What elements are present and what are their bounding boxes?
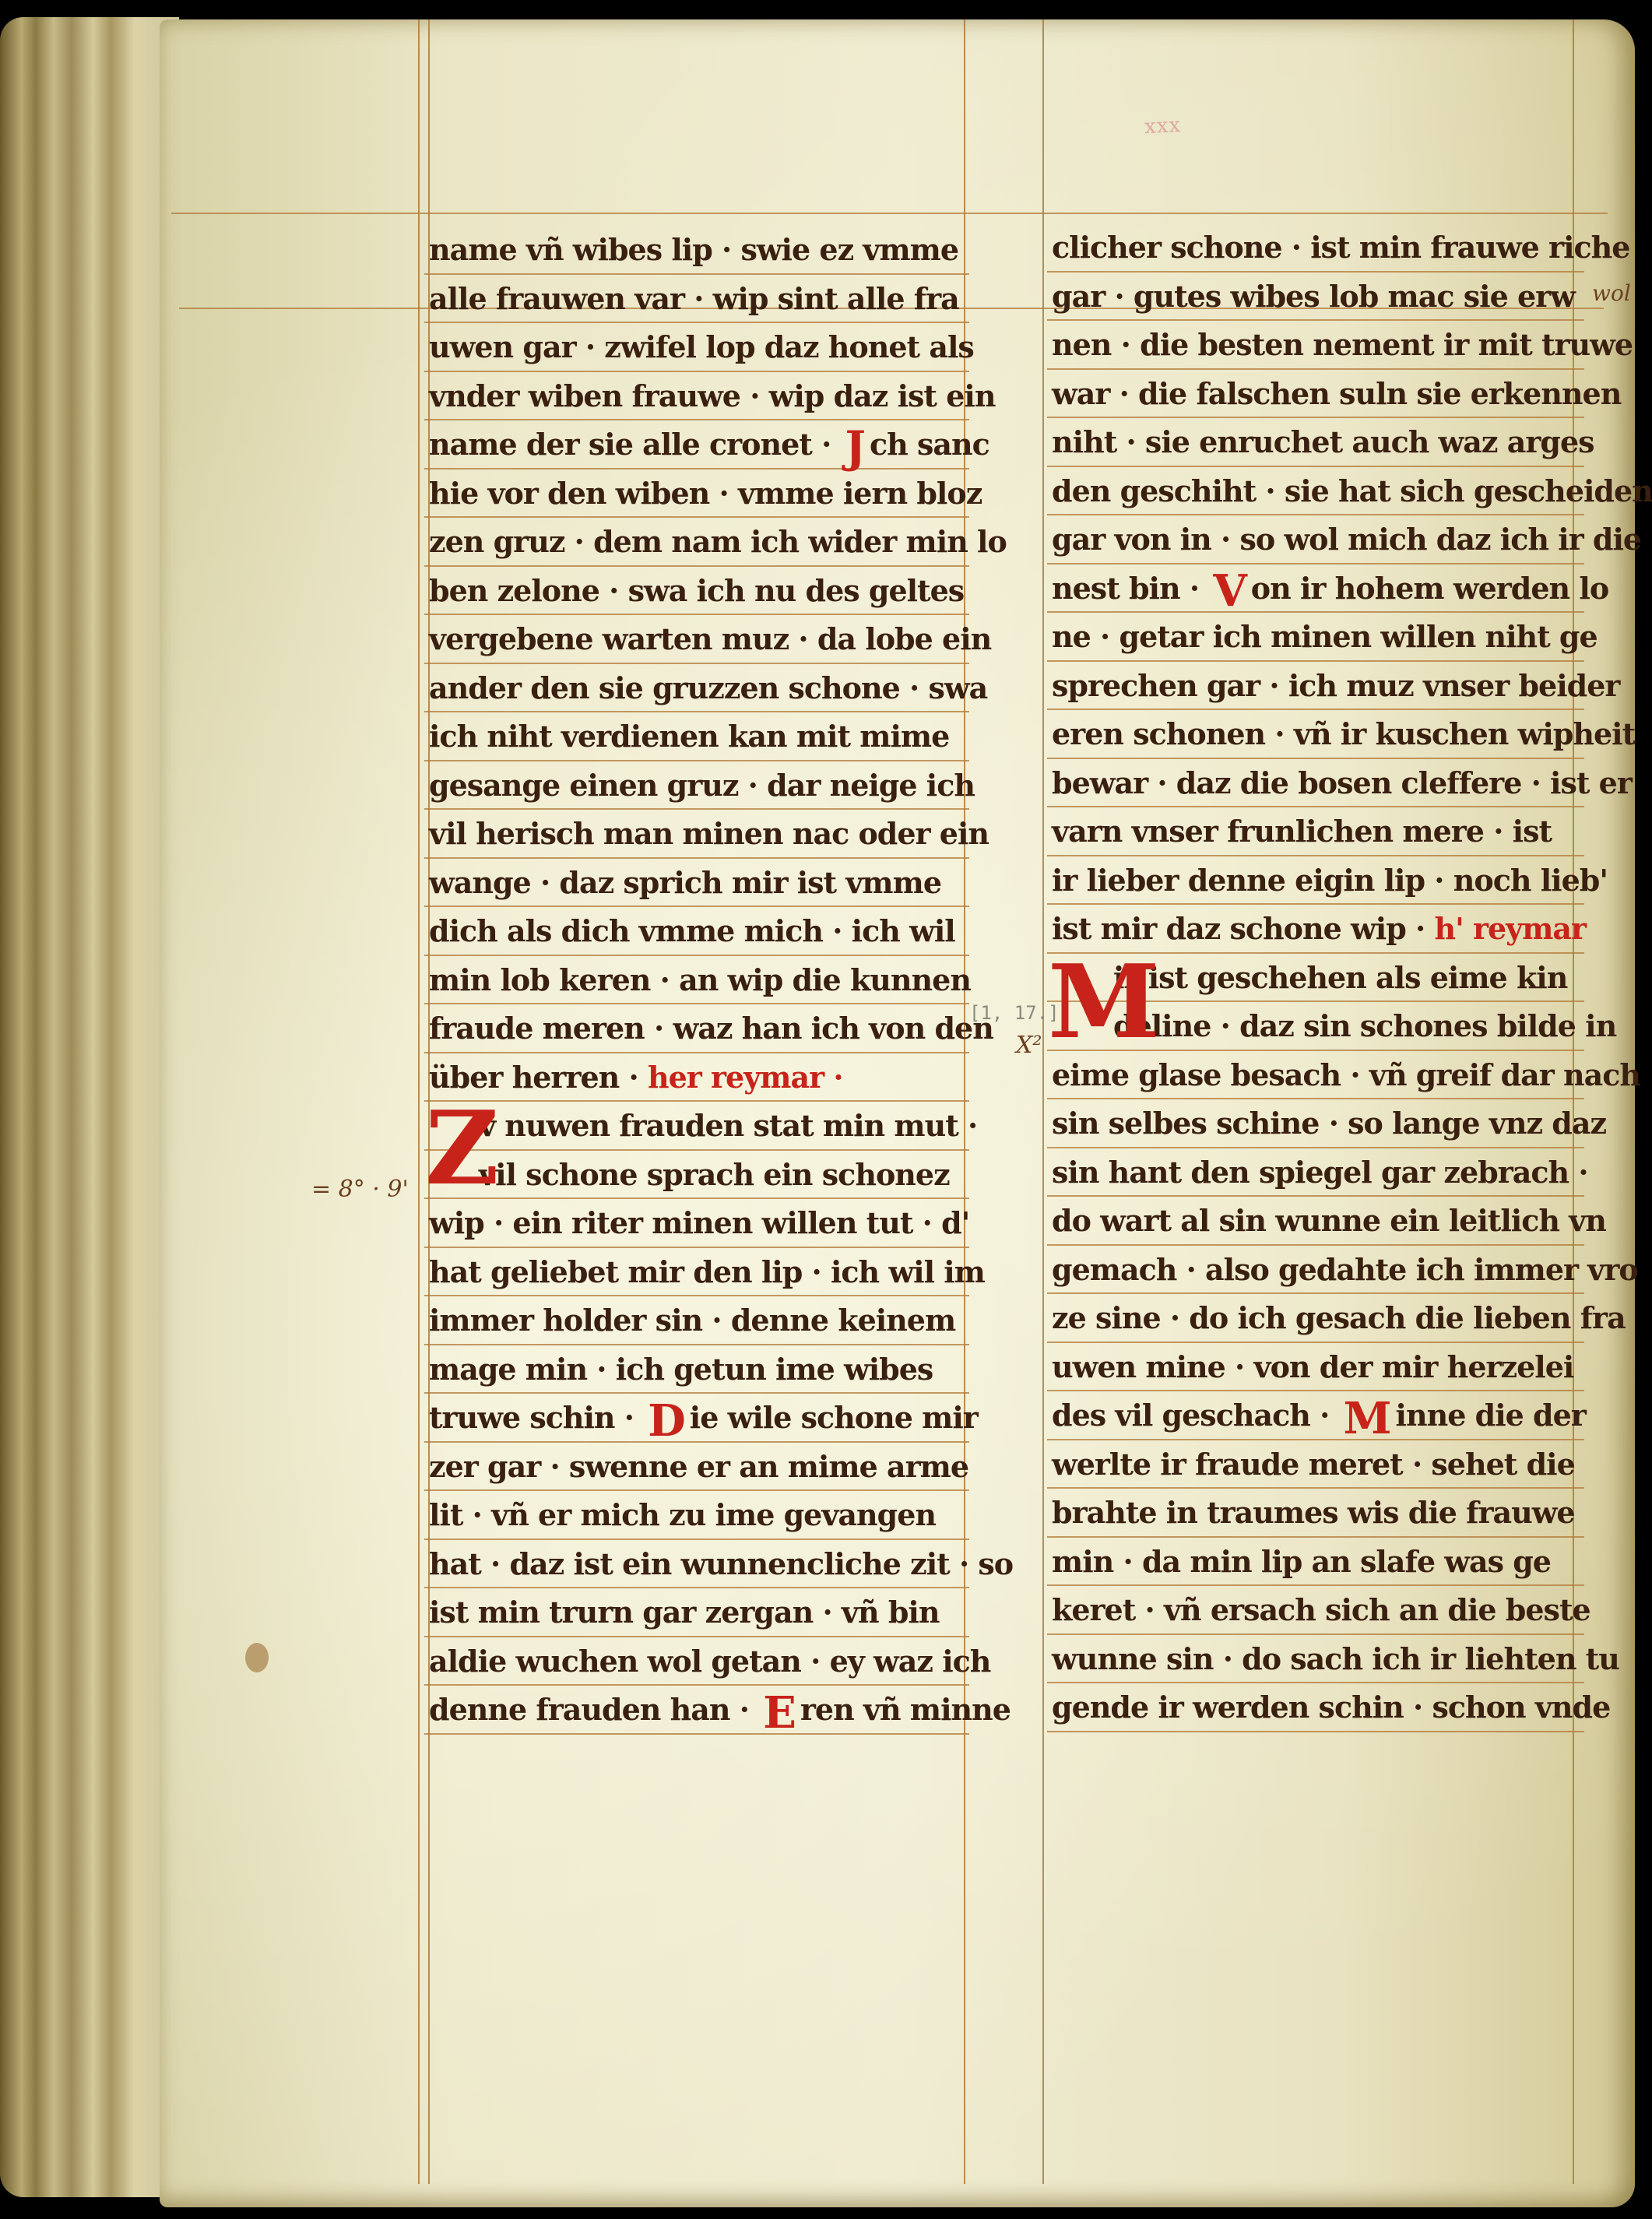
text-line: keret · vñ ersach sich an die beste [1047, 1586, 1584, 1635]
text-fragment: ist mir daz schone wip · [1052, 911, 1434, 946]
text-line: hat · daz ist ein wunnencliche zit · so [424, 1540, 969, 1589]
text-line: name der sie alle cronet · Jch sanc [424, 420, 969, 469]
text-line: nest bin · Von ir hohem werden lo [1047, 564, 1584, 614]
text-fragment: ie wile schone mir [690, 1400, 978, 1435]
text-line: lit · vñ er mich zu ime gevangen [424, 1491, 969, 1540]
text-fragment: name der sie alle cronet · [429, 427, 841, 462]
text-line: ich niht verdienen kan mit mime [424, 712, 969, 761]
text-fragment: des vil geschach · [1052, 1398, 1339, 1433]
ruling-mid-right [1042, 19, 1044, 2184]
rubric-initial-j: J [845, 428, 866, 467]
ruling-top-margin-1 [171, 213, 1608, 214]
text-line: über herren · her reymar · [424, 1053, 969, 1102]
rubric-initial-m-small: M [1344, 1399, 1391, 1438]
left-text-column: name vñ wibes lip · swie ez vmme alle fr… [424, 226, 969, 1735]
text-line: war · die falschen suln sie erkennen [1047, 370, 1584, 419]
manuscript-page: xxx name vñ wibes lip · swie ez vmme all… [160, 19, 1635, 2207]
text-line: ir lieber denne eigin lip · noch lieb' [1047, 856, 1584, 906]
text-line: uwen mine · von der mir herzelei [1047, 1343, 1584, 1392]
marginal-annotation-left: = 8° · 9' [311, 1176, 409, 1203]
text-line: mage min · ich getun ime wibes [424, 1345, 969, 1394]
text-line: gesange einen gruz · dar neige ich [424, 761, 969, 811]
text-fragment: ch sanc [870, 427, 989, 462]
text-fragment: inne die der [1396, 1398, 1586, 1433]
rubric-initial-m-large: M [1048, 959, 1160, 1045]
text-line: sin hant den spiegel gar zebrach · [1047, 1148, 1584, 1197]
text-line: des vil geschach · Minne die der [1047, 1391, 1584, 1440]
text-line: min · da min lip an slafe was ge [1047, 1538, 1584, 1587]
text-line: hat geliebet mir den lip · ich wil im [424, 1248, 969, 1297]
text-line: gende ir werden schin · schon vnde [1047, 1683, 1584, 1732]
text-line: do wart al sin wunne ein leitlich vn [1047, 1197, 1584, 1246]
rubric-author-her-reymar: her reymar · [648, 1060, 843, 1095]
folio-number: xxx [1144, 114, 1182, 139]
text-fragment: on ir hohem werden lo [1251, 571, 1608, 606]
text-line: zen gruz · dem nam ich wider min lo [424, 518, 969, 567]
text-line: niht · sie enruchet auch waz arges [1047, 418, 1584, 467]
text-line: vnder wiben frauwe · wip daz ist ein [424, 372, 969, 421]
text-line: varn vnser frunlichen mere · ist [1047, 807, 1584, 856]
text-line: gemach · also gedahte ich immer vro [1047, 1246, 1584, 1295]
text-line: hie vor den wiben · vmme iern bloz [424, 469, 969, 519]
margin-note-wol: wol [1592, 280, 1631, 306]
text-line: ander den sie gruzzen schone · swa [424, 664, 969, 713]
text-line: nen · die besten nement ir mit truwe [1047, 321, 1584, 370]
rubric-author-her-reymar: h' reymar [1434, 911, 1586, 946]
text-line: denne frauden han · Eren vñ minne [424, 1686, 969, 1735]
text-line: ist min trurn gar zergan · vñ bin [424, 1588, 969, 1637]
text-line: alle frauwen var · wip sint alle fra [424, 275, 969, 324]
text-line: brahte in traumes wis die frauwe [1047, 1489, 1584, 1538]
text-line: bewar · daz die bosen cleffere · ist er [1047, 759, 1584, 808]
rubric-initial-z-large: Z [425, 1106, 499, 1191]
text-line: wip · ein riter minen willen tut · d' [424, 1199, 969, 1248]
text-line: clicher schone · ist min frauwe riche [1047, 223, 1584, 273]
marginal-annotation-right: X² [1016, 1032, 1042, 1059]
text-line: zer gar · swenne er an mime arme [424, 1443, 969, 1492]
text-line: sprechen gar · ich muz vnser beider [1047, 662, 1584, 711]
text-line: fraude meren · waz han ich von den [424, 1004, 969, 1053]
text-line: sin selbes schine · so lange vnz daz [1047, 1099, 1584, 1148]
text-fragment: nest bin · [1052, 571, 1208, 606]
text-fragment: denne frauden han · [429, 1692, 758, 1727]
ruling-left-outer [418, 19, 420, 2184]
text-line: immer holder sin · denne keinem [424, 1296, 969, 1345]
rubric-initial-d: D [648, 1401, 685, 1440]
text-line: vergebene warten muz · da lobe ein [424, 615, 969, 664]
right-text-column: clicher schone · ist min frauwe riche ga… [1047, 223, 1584, 1732]
text-line: gar · gutes wibes lob mac sie erw [1047, 273, 1584, 322]
text-line: werlte ir fraude meret · sehet die [1047, 1440, 1584, 1489]
text-line: truwe schin · Die wile schone mir [424, 1394, 969, 1443]
text-line: aldie wuchen wol getan · ey waz ich [424, 1637, 969, 1686]
text-line: dich als dich vmme mich · ich wil [424, 907, 969, 956]
text-fragment: truwe schin · [429, 1400, 643, 1435]
text-line: vil herisch man minen nac oder ein [424, 810, 969, 859]
text-line: min lob keren · an wip die kunnen [424, 956, 969, 1005]
text-line: v nuwen frauden stat min mut · [424, 1102, 969, 1151]
page-edges-stack [0, 17, 179, 2197]
rubric-initial-e: E [763, 1693, 796, 1732]
text-line: name vñ wibes lip · swie ez vmme [424, 226, 969, 275]
text-line: wunne sin · do sach ich ir liehten tu [1047, 1635, 1584, 1684]
text-line: ben zelone · swa ich nu des geltes [424, 567, 969, 616]
text-line: gar von in · so wol mich daz ich ir die [1047, 515, 1584, 564]
pencil-annotation: [1, 17.] [969, 1002, 1060, 1024]
text-line: ne · getar ich minen willen niht ge [1047, 613, 1584, 662]
text-line: wange · daz sprich mir ist vmme [424, 859, 969, 908]
text-line: eren schonen · vñ ir kuschen wipheit [1047, 710, 1584, 759]
text-fragment: ren vñ minne [800, 1692, 1011, 1727]
rubric-initial-v: V [1213, 571, 1246, 610]
text-line: vil schone sprach ein schonez [424, 1151, 969, 1200]
stain [245, 1643, 269, 1672]
text-line: ze sine · do ich gesach die lieben fra [1047, 1294, 1584, 1343]
text-line: uwen gar · zwifel lop daz honet als [424, 323, 969, 372]
text-line: den geschiht · sie hat sich gescheiden [1047, 467, 1584, 516]
